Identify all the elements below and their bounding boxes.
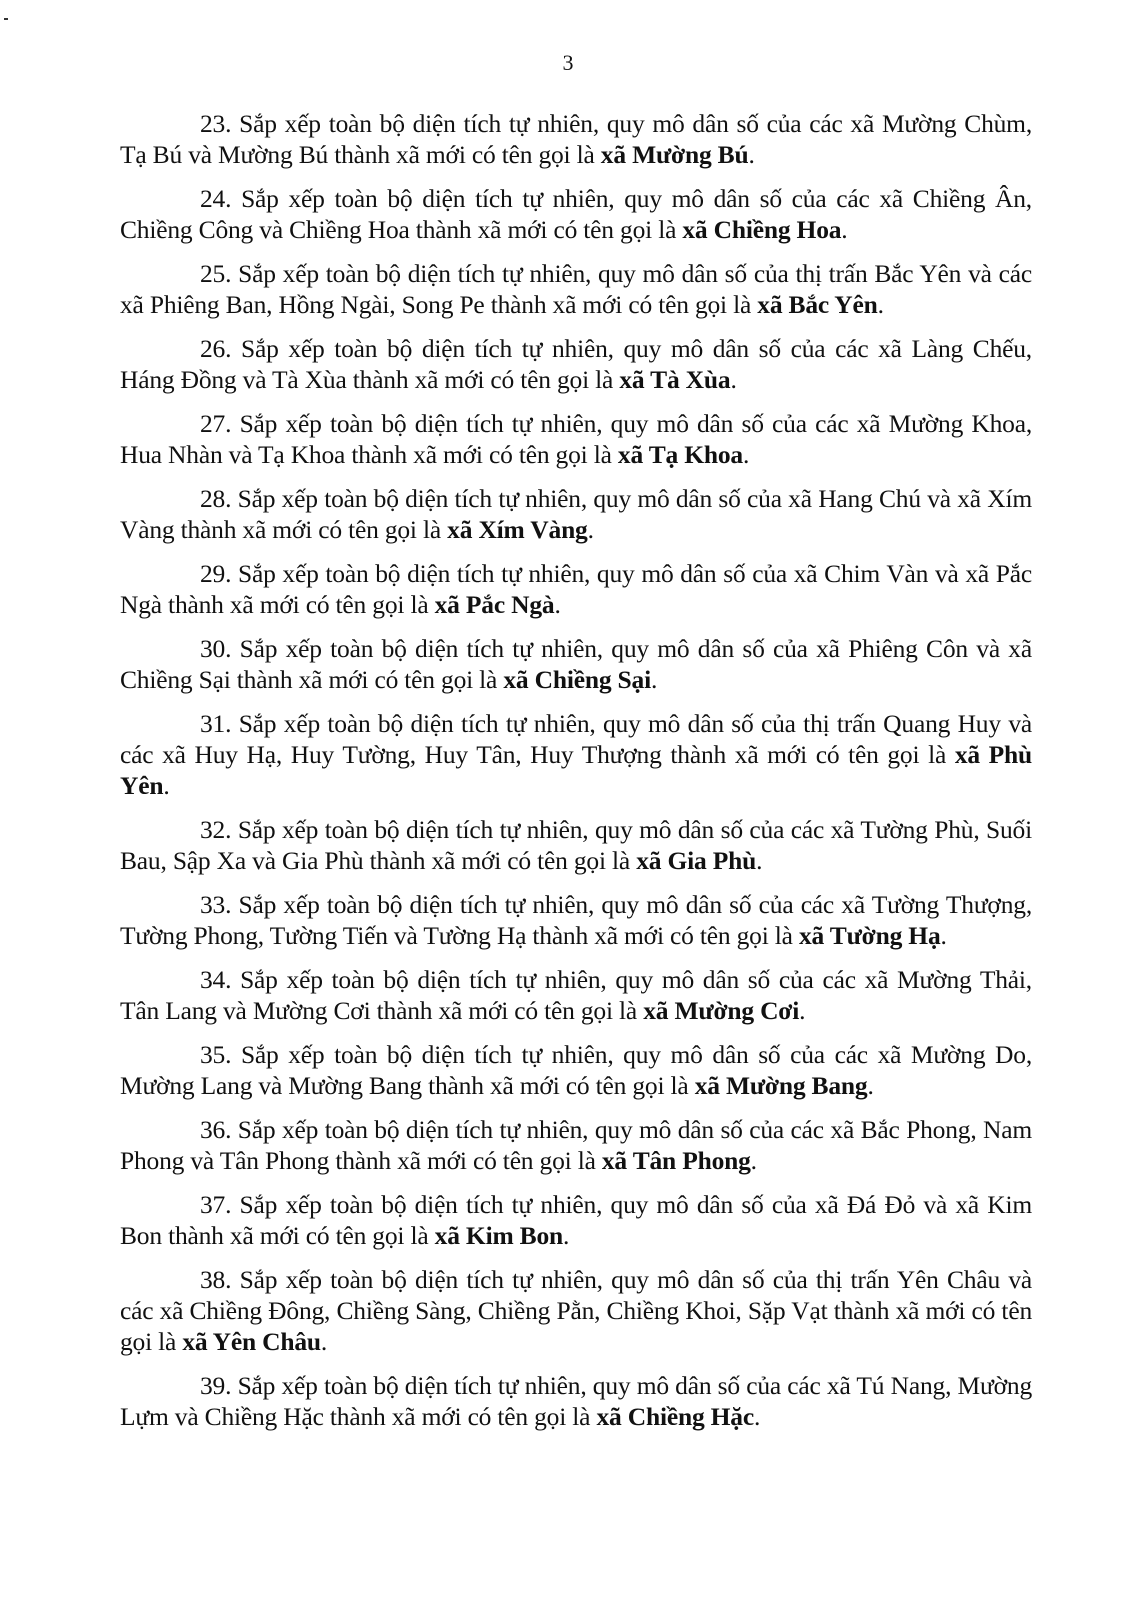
item-number: 37. [200, 1190, 231, 1219]
item-end: . [651, 665, 657, 694]
scan-artifact-mark [4, 18, 8, 20]
new-commune-name: xã Tà Xùa [619, 365, 730, 394]
item-number: 31. [200, 709, 231, 738]
item-text: Sắp xếp toàn bộ diện tích tự nhiên, quy … [120, 409, 1032, 469]
article-item-29: 29. Sắp xếp toàn bộ diện tích tự nhiên, … [120, 558, 1032, 620]
article-item-30: 30. Sắp xếp toàn bộ diện tích tự nhiên, … [120, 633, 1032, 695]
new-commune-name: xã Xím Vàng [447, 515, 587, 544]
new-commune-name: xã Pắc Ngà [435, 590, 555, 619]
new-commune-name: xã Mường Bú [601, 140, 749, 169]
item-end: . [754, 1402, 760, 1431]
new-commune-name: xã Tạ Khoa [618, 440, 743, 469]
item-end: . [841, 215, 847, 244]
item-text: Sắp xếp toàn bộ diện tích tự nhiên, quy … [120, 1371, 1032, 1431]
item-end: . [554, 590, 560, 619]
item-number: 30. [200, 634, 231, 663]
item-end: . [730, 365, 736, 394]
item-number: 23. [200, 109, 231, 138]
article-item-35: 35. Sắp xếp toàn bộ diện tích tự nhiên, … [120, 1039, 1032, 1101]
article-item-24: 24. Sắp xếp toàn bộ diện tích tự nhiên, … [120, 183, 1032, 245]
item-end: . [799, 996, 805, 1025]
item-end: . [748, 140, 754, 169]
article-item-26: 26. Sắp xếp toàn bộ diện tích tự nhiên, … [120, 333, 1032, 395]
new-commune-name: xã Tân Phong [602, 1146, 751, 1175]
item-text: Sắp xếp toàn bộ diện tích tự nhiên, quy … [120, 259, 1032, 319]
item-number: 32. [200, 815, 231, 844]
item-text: Sắp xếp toàn bộ diện tích tự nhiên, quy … [120, 559, 1032, 619]
new-commune-name: xã Tường Hạ [799, 921, 941, 950]
item-number: 24. [200, 184, 231, 213]
article-item-38: 38. Sắp xếp toàn bộ diện tích tự nhiên, … [120, 1264, 1032, 1357]
article-item-32: 32. Sắp xếp toàn bộ diện tích tự nhiên, … [120, 814, 1032, 876]
item-text: Sắp xếp toàn bộ diện tích tự nhiên, quy … [120, 1115, 1032, 1175]
item-end: . [321, 1327, 327, 1356]
item-number: 26. [200, 334, 231, 363]
new-commune-name: xã Chiềng Hặc [596, 1402, 754, 1431]
new-commune-name: xã Kim Bon [435, 1221, 563, 1250]
item-number: 39. [200, 1371, 231, 1400]
item-number: 35. [200, 1040, 231, 1069]
item-text: Sắp xếp toàn bộ diện tích tự nhiên, quy … [120, 965, 1032, 1025]
new-commune-name: xã Mường Bang [695, 1071, 868, 1100]
item-end: . [756, 846, 762, 875]
item-number: 28. [200, 484, 231, 513]
article-item-39: 39. Sắp xếp toàn bộ diện tích tự nhiên, … [120, 1370, 1032, 1432]
article-item-23: 23. Sắp xếp toàn bộ diện tích tự nhiên, … [120, 108, 1032, 170]
item-text: Sắp xếp toàn bộ diện tích tự nhiên, quy … [120, 184, 1032, 244]
item-text: Sắp xếp toàn bộ diện tích tự nhiên, quy … [120, 1190, 1032, 1250]
article-item-25: 25. Sắp xếp toàn bộ diện tích tự nhiên, … [120, 258, 1032, 320]
article-item-27: 27. Sắp xếp toàn bộ diện tích tự nhiên, … [120, 408, 1032, 470]
item-number: 38. [200, 1265, 231, 1294]
item-end: . [878, 290, 884, 319]
document-body: 23. Sắp xếp toàn bộ diện tích tự nhiên, … [120, 108, 1032, 1445]
article-item-31: 31. Sắp xếp toàn bộ diện tích tự nhiên, … [120, 708, 1032, 801]
item-end: . [588, 515, 594, 544]
item-end: . [563, 1221, 569, 1250]
item-number: 29. [200, 559, 231, 588]
new-commune-name: xã Bắc Yên [757, 290, 877, 319]
article-item-33: 33. Sắp xếp toàn bộ diện tích tự nhiên, … [120, 889, 1032, 951]
item-end: . [163, 771, 169, 800]
new-commune-name: xã Mường Cơi [643, 996, 799, 1025]
new-commune-name: xã Chiềng Sại [503, 665, 651, 694]
item-number: 34. [200, 965, 231, 994]
item-end: . [941, 921, 947, 950]
item-end: . [743, 440, 749, 469]
item-number: 27. [200, 409, 231, 438]
article-item-37: 37. Sắp xếp toàn bộ diện tích tự nhiên, … [120, 1189, 1032, 1251]
item-text: Sắp xếp toàn bộ diện tích tự nhiên, quy … [120, 709, 1032, 769]
item-number: 36. [200, 1115, 231, 1144]
item-text: Sắp xếp toàn bộ diện tích tự nhiên, quy … [120, 815, 1032, 875]
item-text: Sắp xếp toàn bộ diện tích tự nhiên, quy … [120, 334, 1032, 394]
page-number: 3 [0, 50, 1136, 76]
new-commune-name: xã Chiềng Hoa [682, 215, 841, 244]
article-item-34: 34. Sắp xếp toàn bộ diện tích tự nhiên, … [120, 964, 1032, 1026]
item-number: 25. [200, 259, 231, 288]
new-commune-name: xã Gia Phù [636, 846, 756, 875]
article-item-36: 36. Sắp xếp toàn bộ diện tích tự nhiên, … [120, 1114, 1032, 1176]
item-text: Sắp xếp toàn bộ diện tích tự nhiên, quy … [120, 109, 1032, 169]
article-item-28: 28. Sắp xếp toàn bộ diện tích tự nhiên, … [120, 483, 1032, 545]
item-number: 33. [200, 890, 231, 919]
item-end: . [867, 1071, 873, 1100]
new-commune-name: xã Yên Châu [182, 1327, 321, 1356]
item-end: . [751, 1146, 757, 1175]
item-text: Sắp xếp toàn bộ diện tích tự nhiên, quy … [120, 1040, 1032, 1100]
